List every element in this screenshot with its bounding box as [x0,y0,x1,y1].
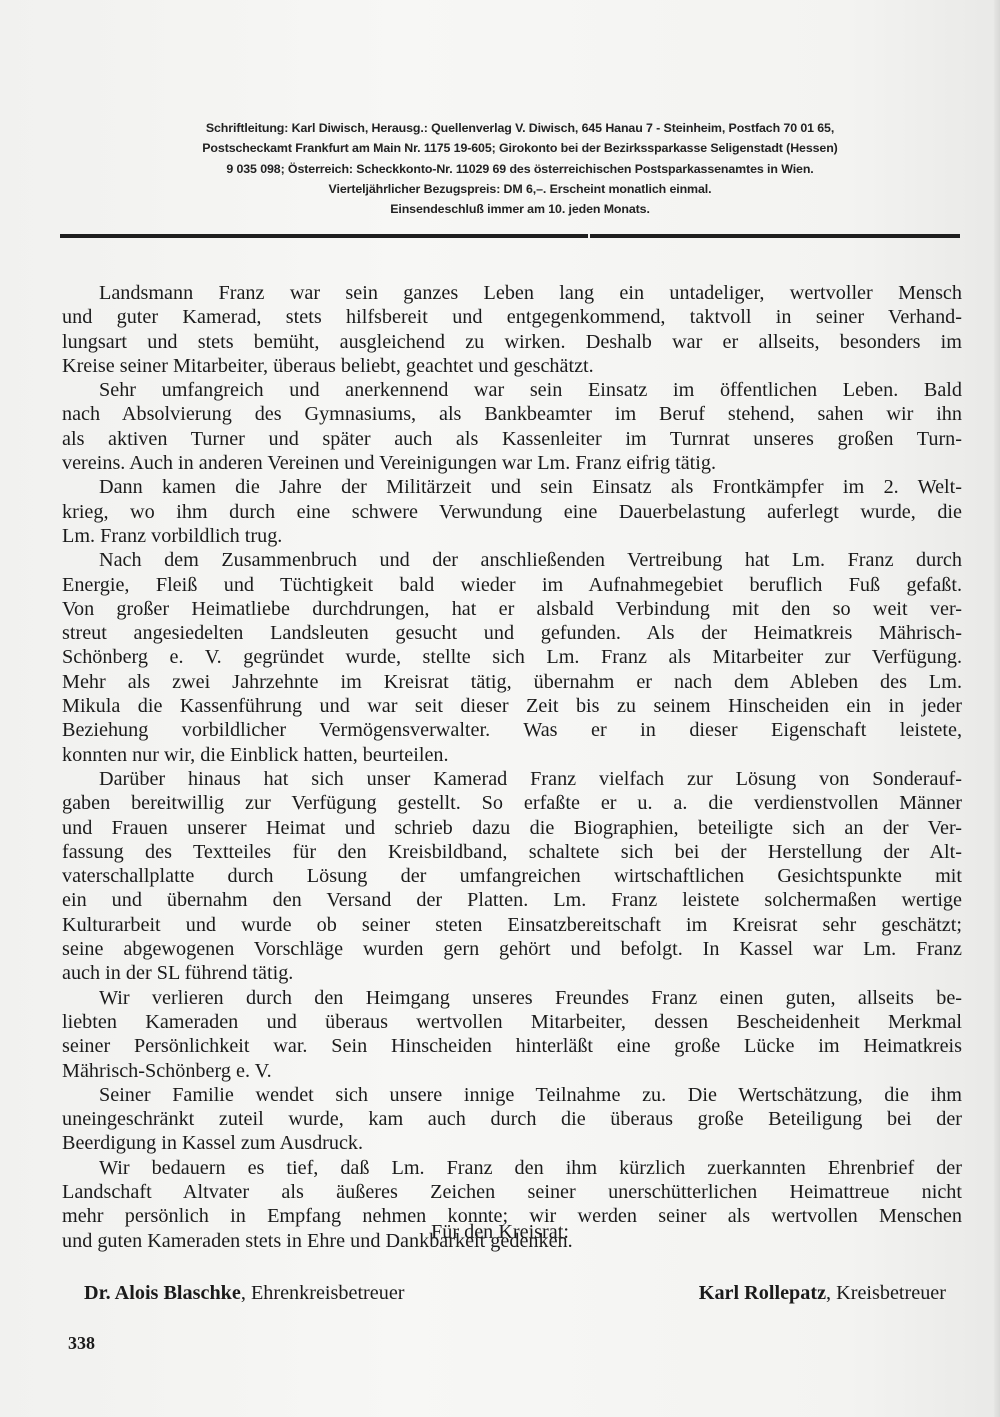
text-line: Von großer Heimatliebe durchdrungen, hat… [62,597,962,621]
text-line: Mehr als zwei Jahrzehnte im Kreisrat tät… [62,670,962,694]
masthead-line: Schriftleitung: Karl Diwisch, Herausg.: … [70,118,970,138]
masthead-line: 9 035 098; Österreich: Scheckkonto-Nr. 1… [70,159,970,179]
text-line: Wir bedauern es tief, daß Lm. Franz den … [62,1156,962,1180]
paragraph-3: Dann kamen die Jahre der Militärzeit und… [62,475,962,548]
article-body: Landsmann Franz war sein ganzes Leben la… [62,281,962,1253]
text-line: auch in der SL führend tätig. [62,961,962,985]
header-divider [60,234,960,238]
signature-left: Dr. Alois Blaschke, Ehrenkreisbetreuer [84,1282,405,1305]
paragraph-6: Wir verlieren durch den Heimgang unseres… [62,986,962,1083]
masthead-line: Einsendeschluß immer am 10. jeden Monats… [70,199,970,219]
text-line: Mährisch-Schönberg e. V. [62,1059,962,1083]
text-line: gaben bereitwillig zur Verfügung gestell… [62,791,962,815]
text-line: vereins. Auch in anderen Vereinen und Ve… [62,451,962,475]
paragraph-4: Nach dem Zusammenbruch und der anschließ… [62,548,962,767]
signoff-heading: Für den Kreisrat: [0,1221,1000,1244]
paragraph-5: Darüber hinaus hat sich unser Kamerad Fr… [62,767,962,986]
text-line: krieg, wo ihm durch eine schwere Verwund… [62,500,962,524]
text-line: als aktiven Turner und später auch als K… [62,427,962,451]
text-line: liebten Kameraden und überaus wertvollen… [62,1010,962,1034]
text-line: konnten nur wir, die Einblick hatten, be… [62,743,962,767]
text-line: Landsmann Franz war sein ganzes Leben la… [62,281,962,305]
signatory-role: , Ehrenkreisbetreuer [241,1282,405,1304]
text-line: fassung des Textteiles für den Kreisbild… [62,840,962,864]
page-edge-shadow [994,0,1000,1417]
text-line: streut angesiedelten Landsleuten gesucht… [62,621,962,645]
text-line: Kulturarbeit und wurde ob seiner steten … [62,913,962,937]
signature-right: Karl Rollepatz, Kreisbetreuer [699,1282,946,1305]
scanned-page: Schriftleitung: Karl Diwisch, Herausg.: … [0,0,1000,1417]
paragraph-2: Sehr umfangreich und anerkennend war sei… [62,378,962,475]
text-line: Landschaft Altvater als äußeres Zeichen … [62,1180,962,1204]
text-line: Energie, Fleiß und Tüchtigkeit bald wied… [62,573,962,597]
text-line: Sehr umfangreich und anerkennend war sei… [62,378,962,402]
text-line: seine abgewogenen Vorschläge wurden gern… [62,937,962,961]
text-line: Mikula die Kassenführung und war seit di… [62,694,962,718]
signatory-role: , Kreisbetreuer [826,1282,946,1304]
masthead-imprint: Schriftleitung: Karl Diwisch, Herausg.: … [70,118,970,219]
masthead-line: Vierteljährlicher Bezugspreis: DM 6,–. E… [70,179,970,199]
page-number: 338 [68,1333,95,1354]
text-line: Lm. Franz vorbildlich trug. [62,524,962,548]
signatory-name: Karl Rollepatz [699,1282,826,1304]
text-line: lungsart und stets bemüht, ausgleichend … [62,330,962,354]
text-line: vaterschallplatte durch Lösung der umfan… [62,864,962,888]
text-line: Seiner Familie wendet sich unsere innige… [62,1083,962,1107]
text-line: Beziehung vorbildlicher Vermögensverwalt… [62,718,962,742]
text-line: Wir verlieren durch den Heimgang unseres… [62,986,962,1010]
text-line: und Frauen unserer Heimat und schrieb da… [62,816,962,840]
paragraph-7: Seiner Familie wendet sich unsere innige… [62,1083,962,1156]
text-line: Darüber hinaus hat sich unser Kamerad Fr… [62,767,962,791]
text-line: Kreise seiner Mitarbeiter, überaus belie… [62,354,962,378]
text-line: Schönberg e. V. gegründet wurde, stellte… [62,645,962,669]
masthead-line: Postscheckamt Frankfurt am Main Nr. 1175… [70,138,970,158]
text-line: Dann kamen die Jahre der Militärzeit und… [62,475,962,499]
text-line: uneingeschränkt zuteil wurde, kam auch d… [62,1107,962,1131]
text-line: seiner Persönlichkeit war. Sein Hinschei… [62,1034,962,1058]
text-line: und guter Kamerad, stets hilfsbereit und… [62,305,962,329]
signatory-name: Dr. Alois Blaschke [84,1282,241,1304]
text-line: Nach dem Zusammenbruch und der anschließ… [62,548,962,572]
text-line: Beerdigung in Kassel zum Ausdruck. [62,1131,962,1155]
paragraph-1: Landsmann Franz war sein ganzes Leben la… [62,281,962,378]
text-line: nach Absolvierung des Gymnasiums, als Ba… [62,402,962,426]
text-line: ein und übernahm den Versand der Platten… [62,888,962,912]
